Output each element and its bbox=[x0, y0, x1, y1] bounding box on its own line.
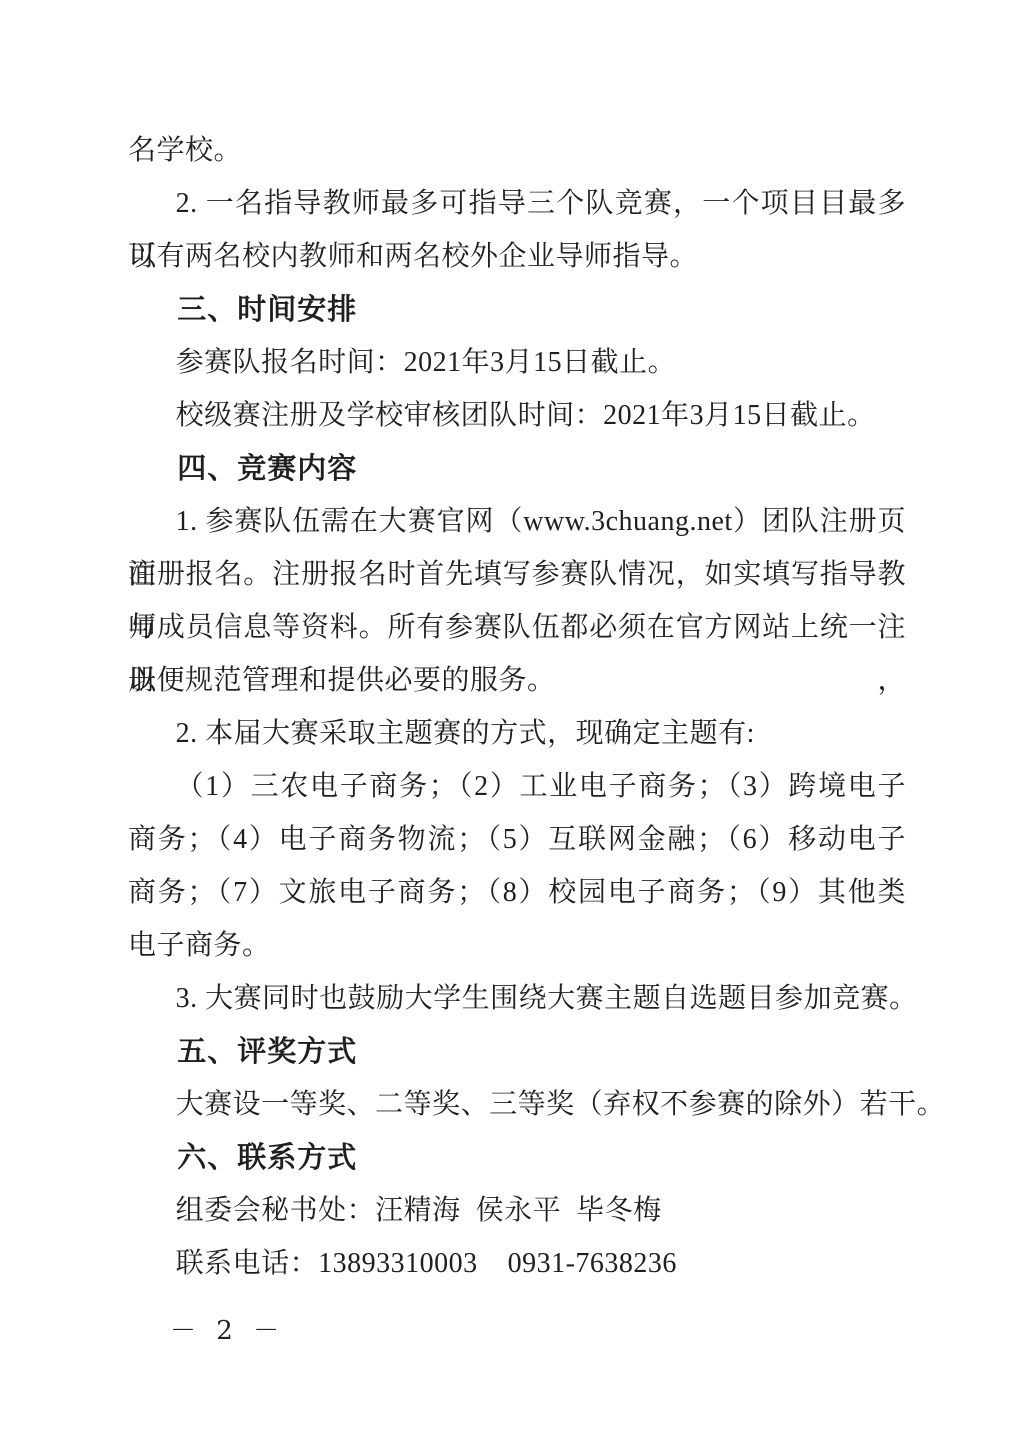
section-heading-contact: 六、联系方式 bbox=[128, 1131, 906, 1184]
paragraph-line: 电子商务。 bbox=[128, 919, 906, 972]
secretariat-line: 组委会秘书处：汪精海 侯永平 毕冬梅 bbox=[128, 1184, 906, 1237]
paragraph-line: 注册报名。注册报名时首先填写参赛队情况，如实填写指导教师 bbox=[128, 548, 906, 601]
phone-line: 联系电话：13893310003 0931-7638236 bbox=[128, 1237, 906, 1290]
paragraph-line: 2. 本届大赛采取主题赛的方式，现确定主题有: bbox=[128, 707, 906, 760]
paragraph-line: 2. 一名指导教师最多可指导三个队竞赛，一个项目目最多可 bbox=[128, 177, 906, 230]
document-body: 名学校。 2. 一名指导教师最多可指导三个队竞赛，一个项目目最多可 以有两名校内… bbox=[128, 124, 906, 1290]
section-heading-time: 三、时间安排 bbox=[128, 283, 906, 336]
section-heading-content: 四、竞赛内容 bbox=[128, 442, 906, 495]
document-page: 名学校。 2. 一名指导教师最多可指导三个队竞赛，一个项目目最多可 以有两名校内… bbox=[0, 0, 1024, 1448]
paragraph-line: （1）三农电子商务；（2）工业电子商务；（3）跨境电子 bbox=[128, 760, 906, 813]
paragraph-line: 与成员信息等资料。所有参赛队伍都必须在官方网站上统一注册， bbox=[128, 601, 906, 654]
page-number: － 2 － bbox=[170, 1310, 285, 1347]
section-heading-awards: 五、评奖方式 bbox=[128, 1025, 906, 1078]
paragraph-line: 1. 参赛队伍需在大赛官网（www.3chuang.net）团队注册页面 bbox=[128, 495, 906, 548]
paragraph-line: 校级赛注册及学校审核团队时间：2021年3月15日截止。 bbox=[128, 389, 906, 442]
paragraph-line: 名学校。 bbox=[128, 124, 906, 177]
paragraph-line: 参赛队报名时间：2021年3月15日截止。 bbox=[128, 336, 906, 389]
paragraph-line: 3. 大赛同时也鼓励大学生围绕大赛主题自选题目参加竞赛。 bbox=[128, 972, 906, 1025]
paragraph-line: 商务；（7）文旅电子商务；（8）校园电子商务；（9）其他类 bbox=[128, 866, 906, 919]
paragraph-line: 大赛设一等奖、二等奖、三等奖（弃权不参赛的除外）若干。 bbox=[128, 1078, 906, 1131]
paragraph-line: 以有两名校内教师和两名校外企业导师指导。 bbox=[128, 230, 906, 283]
paragraph-line: 商务；（4）电子商务物流；（5）互联网金融；（6）移动电子 bbox=[128, 813, 906, 866]
